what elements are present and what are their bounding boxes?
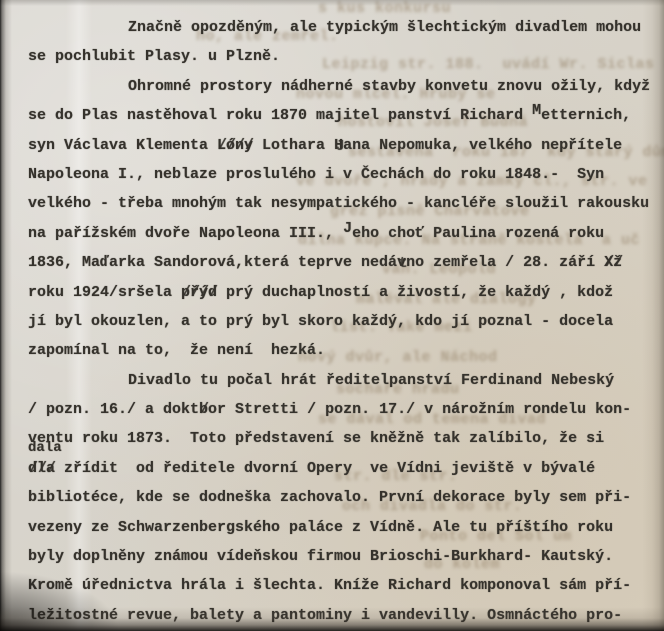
text-segment: roku 1924/sršela: [28, 284, 181, 301]
text-line: se pochlubit Plasy. u Plzně.: [28, 42, 660, 71]
text-line: byly doplněny známou vídeňskou firmou Br…: [28, 542, 660, 571]
typewritten-text: Značně opozděným, ale typickým šlechtick…: [0, 0, 664, 630]
text-segment: Značně opozděným, ale typickým šlechtick…: [128, 19, 641, 36]
struck-out-text: Xž: [604, 248, 622, 277]
text-line: / pozn. 16./ a doktbor Stretti / pozn. 1…: [28, 395, 660, 424]
text-line: ležitostné revue, balety a pantominy i v…: [28, 601, 660, 630]
text-line: Značně opozděným, ale typickým šlechtick…: [28, 13, 660, 42]
text-segment: zřídit od ředitele dvorní Opery ve Vídni…: [55, 460, 595, 477]
struck-out-text: dla: [28, 454, 55, 483]
text-segment: se do Plas nastěhoval roku 1870 majitel …: [28, 107, 532, 124]
text-segment: eho choť Paulina rozená roku: [352, 225, 604, 242]
text-segment: ležitostné revue, balety a pantominy i v…: [28, 607, 622, 624]
struck-out-text: přýd: [181, 278, 217, 307]
text-line: Kromě úřednictva hrála i šlechta. Kníže …: [28, 571, 660, 600]
raised-letter: J: [343, 214, 352, 243]
text-line: zapomínal na to, že není hezká.: [28, 336, 660, 365]
text-segment: zapomínal na to, že není hezká.: [28, 342, 325, 359]
text-segment: jí byl okouzlen, a to prý byl skoro každ…: [28, 313, 613, 330]
text-line: jí byl okouzlen, a to prý byl skoro každ…: [28, 307, 660, 336]
text-segment: etternich,: [541, 107, 631, 124]
text-segment: / pozn. 16./ a dokt: [28, 401, 199, 418]
text-line: bibliotéce, kde se dodneška zachovalo. P…: [28, 483, 660, 512]
text-segment: vezeny ze Schwarzenbergského paláce z Ví…: [28, 519, 613, 536]
text-segment: Ohromné prostory nádherné stavby konvetu…: [128, 78, 650, 95]
text-segment: Lothara: [253, 137, 334, 154]
overtyped-character: HJ: [334, 131, 343, 160]
text-segment: no zemřela / 28. září: [406, 254, 604, 271]
text-segment: bibliotéce, kde se dodneška zachovalo. P…: [28, 489, 631, 506]
raised-letter: M: [532, 96, 541, 125]
text-line: na pařížském dvoře Napoleona III., Jeho …: [28, 219, 660, 248]
text-segment: or Stretti / pozn. 17./ v nárožním ronde…: [208, 401, 631, 418]
text-segment: byly doplněny známou vídeňskou firmou Br…: [28, 548, 613, 565]
text-segment: ventu roku 1873. Toto představení se kně…: [28, 430, 604, 447]
text-segment: syn Václava Klementa: [28, 137, 217, 154]
text-segment: prý duchaplností a živostí, že každý , k…: [217, 284, 613, 301]
text-segment: Napoleona I., neblaze proslulého i v Čec…: [28, 166, 604, 183]
text-segment: na pařížském dvoře Napoleona III.,: [28, 225, 343, 242]
text-line: ventu roku 1873. Toto představení se kně…: [28, 424, 660, 453]
text-segment: Divadlo tu počal hrát ředitelpanství Fer…: [128, 372, 614, 389]
text-segment: ana Nepomuka, velkého nepřítele: [343, 137, 622, 154]
struck-out-text: Lóny: [217, 131, 253, 160]
text-line: syn Václava Klementa Lóny Lothara HJana …: [28, 131, 660, 160]
text-line: Divadlo tu počal hrát ředitelpanství Fer…: [28, 366, 660, 395]
struck-out-text: b: [199, 395, 208, 424]
text-line: roku 1924/sršela přýd prý duchaplností a…: [28, 278, 660, 307]
text-line: vezeny ze Schwarzenbergského paláce z Ví…: [28, 513, 660, 542]
text-segment: Kromě úřednictva hrála i šlechta. Kníže …: [28, 577, 631, 594]
text-segment: se pochlubit Plasy. u Plzně.: [28, 48, 280, 65]
text-line: 1836, Maďarka Sandorová,která teprve ned…: [28, 248, 660, 277]
overtyped-character: vt: [397, 248, 406, 277]
text-line: Napoleona I., neblaze proslulého i v Čec…: [28, 160, 660, 189]
text-line: se do Plas nastěhoval roku 1870 majitel …: [28, 101, 660, 130]
text-line: Ohromné prostory nádherné stavby konvetu…: [28, 72, 660, 101]
text-segment: 1836, Maďarka Sandorová,která teprve ned…: [28, 254, 397, 271]
text-segment: velkého - třeba mnohým tak nesympatickéh…: [28, 195, 649, 212]
text-line: dla zřídit od ředitele dvorní Opery ve V…: [28, 454, 660, 483]
scanned-typewritten-page: s kus konkursuho, ale zemřel.Leipzig str…: [0, 0, 664, 631]
